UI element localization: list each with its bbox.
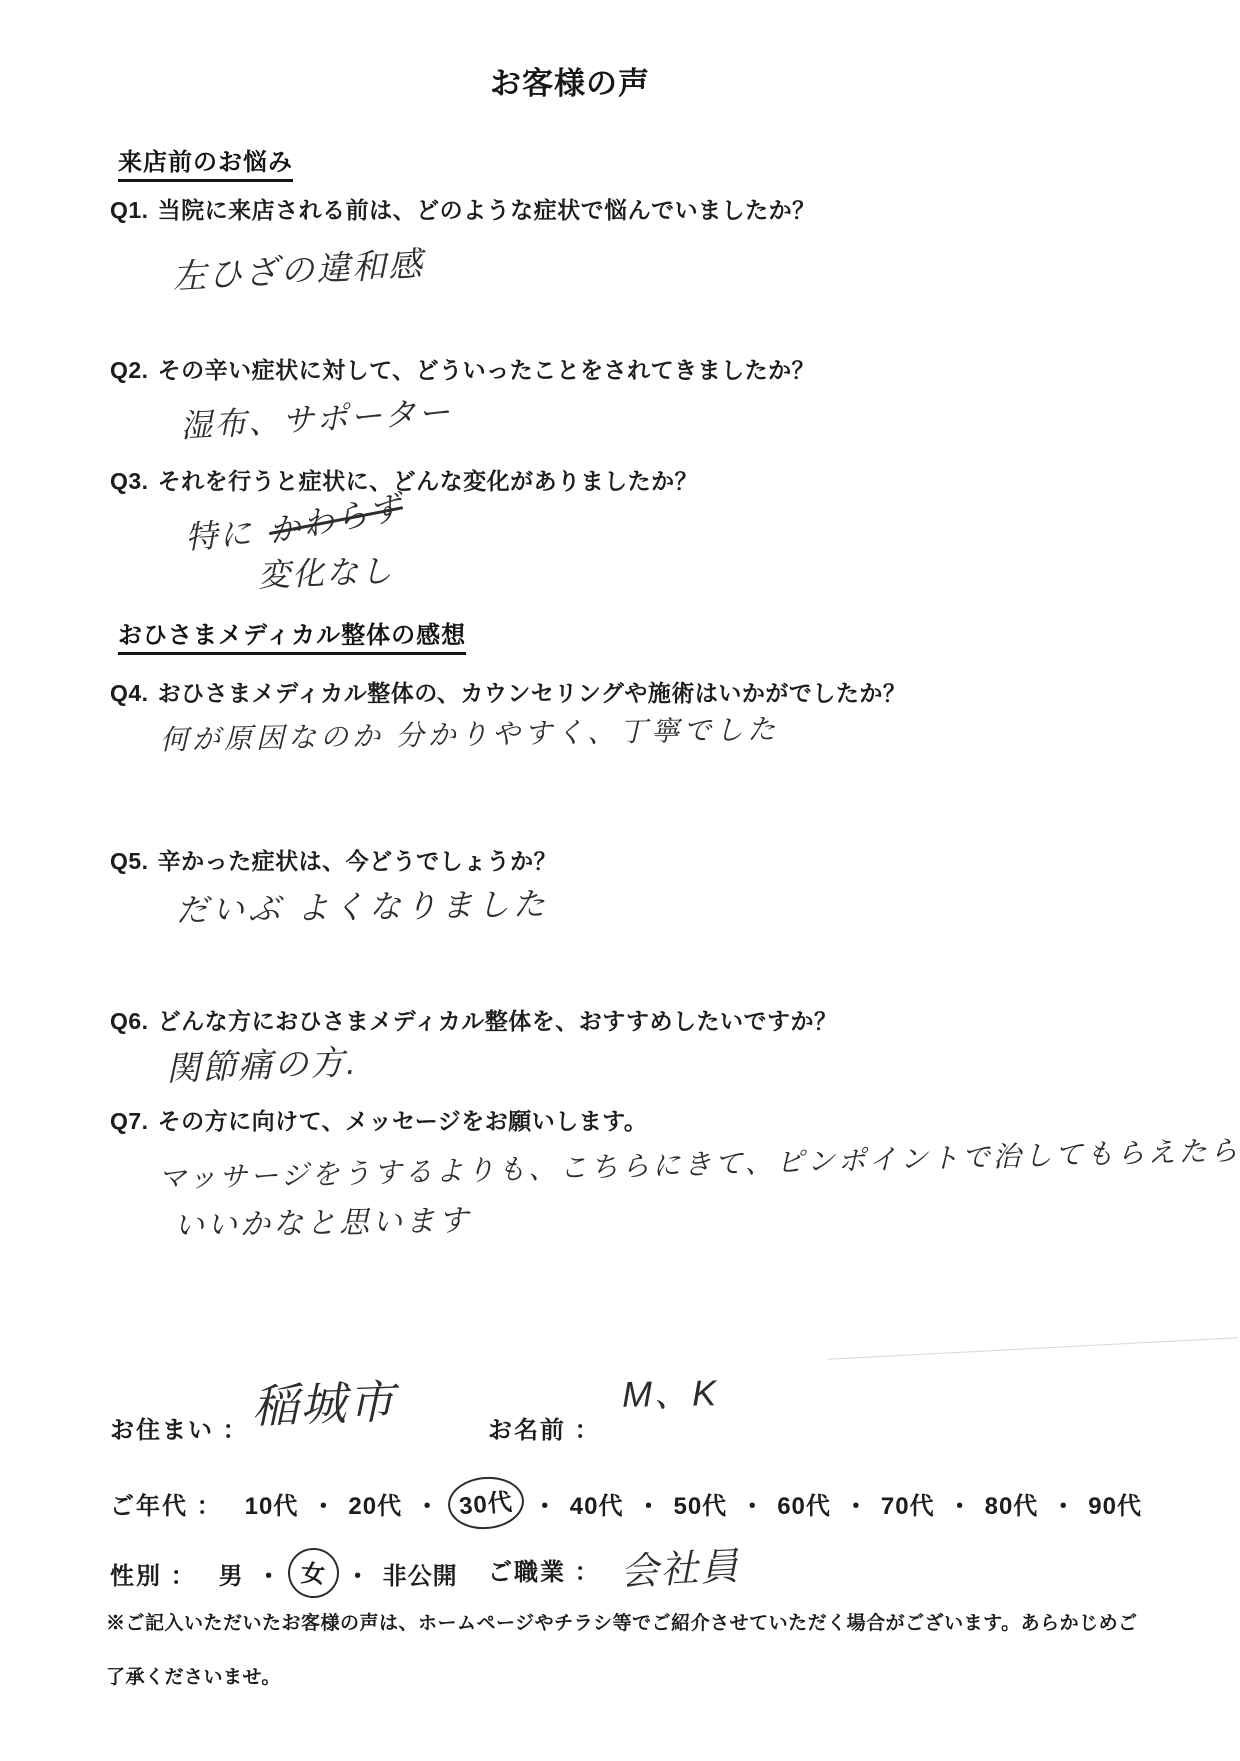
- handwritten-answer-q2: 湿布、サポーター: [179, 387, 453, 447]
- scanned-questionnaire: お客様の声 来店前のお悩み Q1.当院に来店される前は、どのような症状で悩んでい…: [0, 0, 1240, 1761]
- age-separator: ・: [844, 1486, 868, 1521]
- question-q1-id: Q1.: [110, 197, 149, 223]
- age-option-80s: 80代: [985, 1486, 1039, 1521]
- age-option-70s: 70代: [881, 1486, 935, 1521]
- age-option-20s: 20代: [348, 1486, 402, 1521]
- age-row: ご年代 ： 10代 ・ 20代 ・ 30代 ・ 40代 ・ 50代 ・ 60代 …: [110, 1482, 1142, 1524]
- age-option-10s: 10代: [245, 1486, 299, 1521]
- occupation-label: ご職業 ：: [488, 1552, 623, 1587]
- question-q1: Q1.当院に来店される前は、どのような症状で悩んでいましたか？: [110, 192, 816, 225]
- handwritten-occupation-value: 会社員: [619, 1535, 742, 1596]
- question-q5-text: 辛かった症状は、今どうでしょうか？: [158, 848, 558, 874]
- question-q4: Q4.おひさまメディカル整体の、カウンセリングや施術はいかがでしたか？: [110, 675, 906, 708]
- handwritten-answer-q7-line2: いいかなと思います: [174, 1195, 472, 1244]
- question-q6-text: どんな方におひさまメディカル整体を、おすすめしたいですか？: [158, 1008, 838, 1034]
- question-q6: Q6.どんな方におひさまメディカル整体を、おすすめしたいですか？: [110, 1003, 837, 1036]
- handwritten-name-value: M、K: [622, 1365, 719, 1418]
- age-separator: ・: [1051, 1486, 1075, 1521]
- handwritten-answer-q4: 何が原因なのか 分かりやすく、丁寧でした: [160, 708, 780, 759]
- footer-note-line2: 了承くださいませ。: [106, 1662, 281, 1689]
- question-q3: Q3.それを行うと症状に、どんな変化がありましたか？: [110, 463, 698, 496]
- section-heading-impressions: おひさまメディカル整体の感想: [118, 615, 466, 655]
- handwritten-answer-q5: だいぶ よくなりました: [176, 879, 550, 932]
- gender-option-male: 男: [219, 1556, 244, 1591]
- age-option-50s: 50代: [673, 1486, 727, 1521]
- age-separator: ・: [415, 1486, 439, 1521]
- handwritten-answer-q3-prefix: 特に: [184, 515, 254, 556]
- age-option-30s-circled: 30代: [446, 1474, 526, 1532]
- handwritten-answer-q7-line1: マッサージをうするよりも、こちらにきて、ピンポイントで治してもらえたら: [158, 1129, 1240, 1197]
- question-q2: Q2.その辛い症状に対して、どういったことをされてきましたか？: [110, 352, 815, 385]
- gender-separator: ・: [346, 1556, 370, 1591]
- age-option-90s: 90代: [1088, 1486, 1142, 1521]
- handwritten-answer-q6: 関節痛の方.: [165, 1035, 358, 1091]
- age-label: ご年代 ：: [110, 1486, 223, 1521]
- question-q5-id: Q5.: [110, 848, 149, 874]
- handwritten-answer-q1: 左ひざの違和感: [171, 236, 425, 298]
- gender-option-private: 非公開: [383, 1556, 458, 1591]
- question-q2-text: その辛い症状に対して、どういったことをされてきましたか？: [158, 357, 816, 383]
- question-q7-text: その方に向けて、メッセージをお願いします。: [158, 1108, 648, 1134]
- age-separator: ・: [740, 1486, 764, 1521]
- handwritten-answer-q3-line2: 変化なし: [257, 546, 395, 597]
- gender-separator: ・: [257, 1556, 281, 1591]
- question-q6-id: Q6.: [110, 1008, 149, 1034]
- gender-option-female-circled: 女: [286, 1546, 340, 1599]
- residence-label: お住まい ：: [110, 1410, 271, 1445]
- question-q1-text: 当院に来店される前は、どのような症状で悩んでいましたか？: [158, 197, 816, 223]
- page-title: お客様の声: [0, 58, 1140, 103]
- question-q4-text: おひさまメディカル整体の、カウンセリングや施術はいかがでしたか？: [158, 680, 907, 706]
- age-separator: ・: [948, 1486, 972, 1521]
- footer-note-line1: ※ご記入いただいたお客様の声は、ホームページやチラシ等でご紹介させていただく場合…: [106, 1608, 1138, 1635]
- section-heading-before-visit: 来店前のお悩み: [118, 142, 293, 182]
- question-q5: Q5.辛かった症状は、今どうでしょうか？: [110, 843, 557, 876]
- question-q7: Q7.その方に向けて、メッセージをお願いします。: [110, 1103, 647, 1136]
- handwritten-residence-value: 稲城市: [251, 1366, 397, 1437]
- age-option-40s: 40代: [570, 1486, 624, 1521]
- name-label: お名前 ：: [488, 1410, 623, 1445]
- question-q3-id: Q3.: [110, 468, 149, 494]
- age-separator: ・: [636, 1486, 660, 1521]
- age-separator: ・: [533, 1486, 557, 1521]
- question-q7-id: Q7.: [110, 1108, 149, 1134]
- age-option-60s: 60代: [777, 1486, 831, 1521]
- age-separator: ・: [311, 1486, 335, 1521]
- question-q2-id: Q2.: [110, 357, 149, 383]
- gender-row: 性別 ： 男 ・ 女 ・ 非公開: [110, 1552, 458, 1594]
- gender-label: 性別 ：: [110, 1556, 197, 1591]
- question-q3-text: それを行うと症状に、どんな変化がありましたか？: [158, 468, 699, 494]
- scan-artifact-line: [828, 1337, 1237, 1359]
- question-q4-id: Q4.: [110, 680, 149, 706]
